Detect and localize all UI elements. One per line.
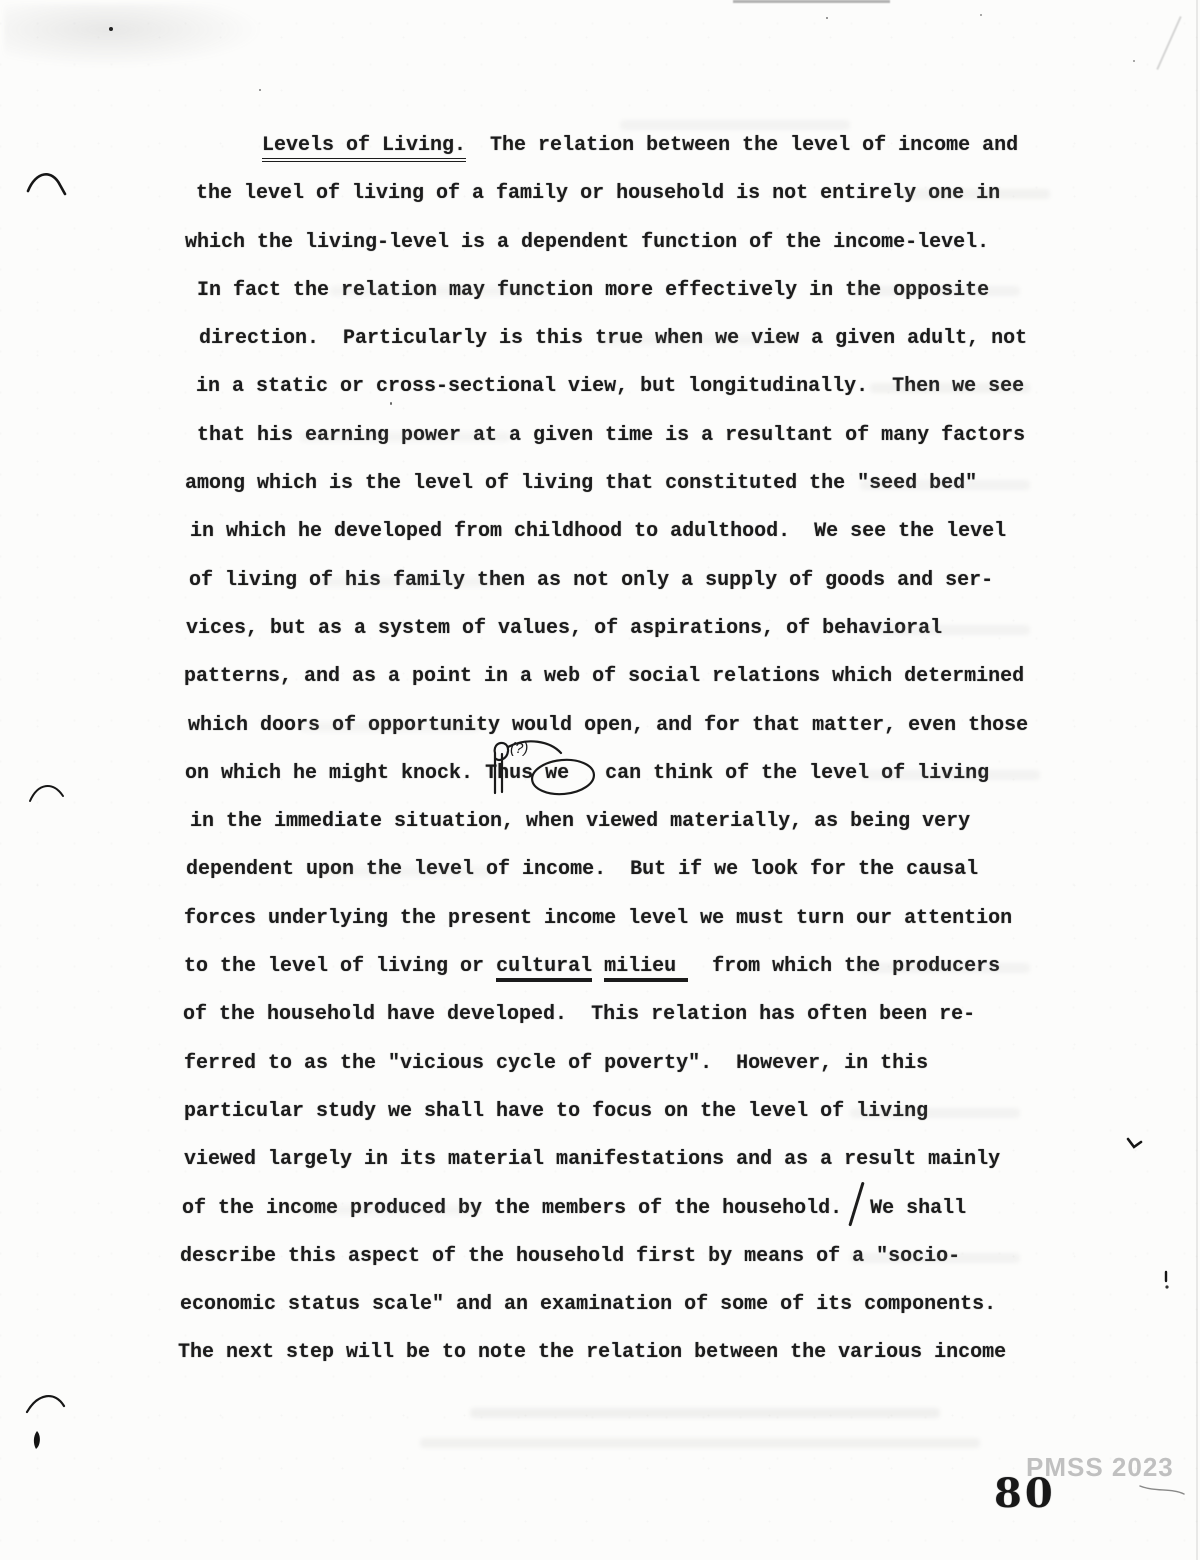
bleed-through-artifact bbox=[320, 577, 510, 587]
line-text: of the income produced by the members of… bbox=[182, 1197, 842, 1220]
bleed-through-artifact bbox=[320, 867, 490, 877]
page-number: 80 bbox=[994, 1470, 1056, 1517]
typed-line: ferred to as the "vicious cycle of pover… bbox=[184, 1040, 1083, 1088]
bleed-through-artifact bbox=[860, 963, 1030, 973]
bleed-through-artifact bbox=[870, 625, 1030, 635]
bleed-through-artifact bbox=[850, 1253, 1020, 1263]
typed-line: The next step will be to note the relati… bbox=[178, 1329, 1083, 1377]
bleed-through-artifact bbox=[900, 189, 1050, 199]
scan-speck bbox=[109, 27, 113, 31]
line-text: to the level of living or bbox=[184, 955, 496, 978]
scan-smudge bbox=[1156, 16, 1181, 70]
bleed-through-artifact bbox=[470, 1408, 940, 1418]
handwritten-slash bbox=[851, 1190, 863, 1220]
typed-line: in which he developed from childhood to … bbox=[190, 508, 1083, 556]
comma-mark bbox=[34, 1431, 40, 1449]
typed-text-block: Levels of Living. The relation between t… bbox=[183, 122, 1083, 1378]
bleed-through-artifact bbox=[300, 722, 480, 732]
bleed-through-artifact bbox=[330, 286, 550, 296]
typed-line: in the immediate situation, when viewed … bbox=[190, 798, 1083, 846]
bleed-through-artifact bbox=[300, 1205, 480, 1215]
margin-check-mark bbox=[1128, 1139, 1141, 1147]
typed-line: which the living-level is a dependent fu… bbox=[185, 219, 1083, 267]
line-text bbox=[592, 955, 604, 978]
scan-speck bbox=[980, 14, 982, 16]
punch-hole-mark bbox=[28, 174, 65, 194]
circled-words: Thus we bbox=[485, 762, 569, 785]
scan-edge-line bbox=[1196, 0, 1198, 1560]
bleed-through-artifact bbox=[300, 432, 510, 442]
scan-speck bbox=[390, 402, 392, 405]
scan-smudge bbox=[4, 4, 264, 68]
line-text: The relation between the level of income… bbox=[466, 134, 1018, 157]
typed-line: forces underlying the present income lev… bbox=[184, 895, 1083, 943]
typed-line: of the household have developed. This re… bbox=[183, 991, 1083, 1039]
punch-hole-mark bbox=[27, 1396, 64, 1412]
scanned-document-page: Levels of Living. The relation between t… bbox=[0, 0, 1200, 1560]
line-text: We shall bbox=[870, 1197, 966, 1220]
scan-edge-streak bbox=[733, 0, 890, 3]
typed-line: viewed largely in its material manifesta… bbox=[184, 1136, 1083, 1184]
bleed-through-artifact bbox=[620, 120, 850, 130]
bleed-through-artifact bbox=[420, 1438, 980, 1448]
watermark-scribble bbox=[1140, 1486, 1184, 1494]
typed-line: economic status scale" and an examinatio… bbox=[180, 1281, 1083, 1329]
underlined-term: milieu bbox=[604, 955, 688, 982]
bleed-through-artifact bbox=[600, 335, 790, 345]
bleed-through-artifact bbox=[870, 383, 1030, 393]
section-heading: Levels of Living. bbox=[262, 134, 466, 162]
bleed-through-artifact bbox=[860, 480, 1030, 490]
scan-speck bbox=[259, 89, 261, 91]
bleed-through-artifact bbox=[860, 770, 1040, 780]
scan-speck bbox=[1133, 60, 1135, 62]
underlined-term: cultural bbox=[496, 955, 592, 982]
punch-hole-mark bbox=[30, 786, 63, 801]
scan-speck bbox=[826, 17, 828, 19]
typed-line: patterns, and as a point in a web of soc… bbox=[184, 653, 1083, 701]
line-text: on which he might knock. bbox=[185, 762, 485, 785]
margin-dot bbox=[1165, 1285, 1168, 1288]
bleed-through-artifact bbox=[850, 1108, 1020, 1118]
bleed-through-artifact bbox=[850, 286, 1020, 296]
